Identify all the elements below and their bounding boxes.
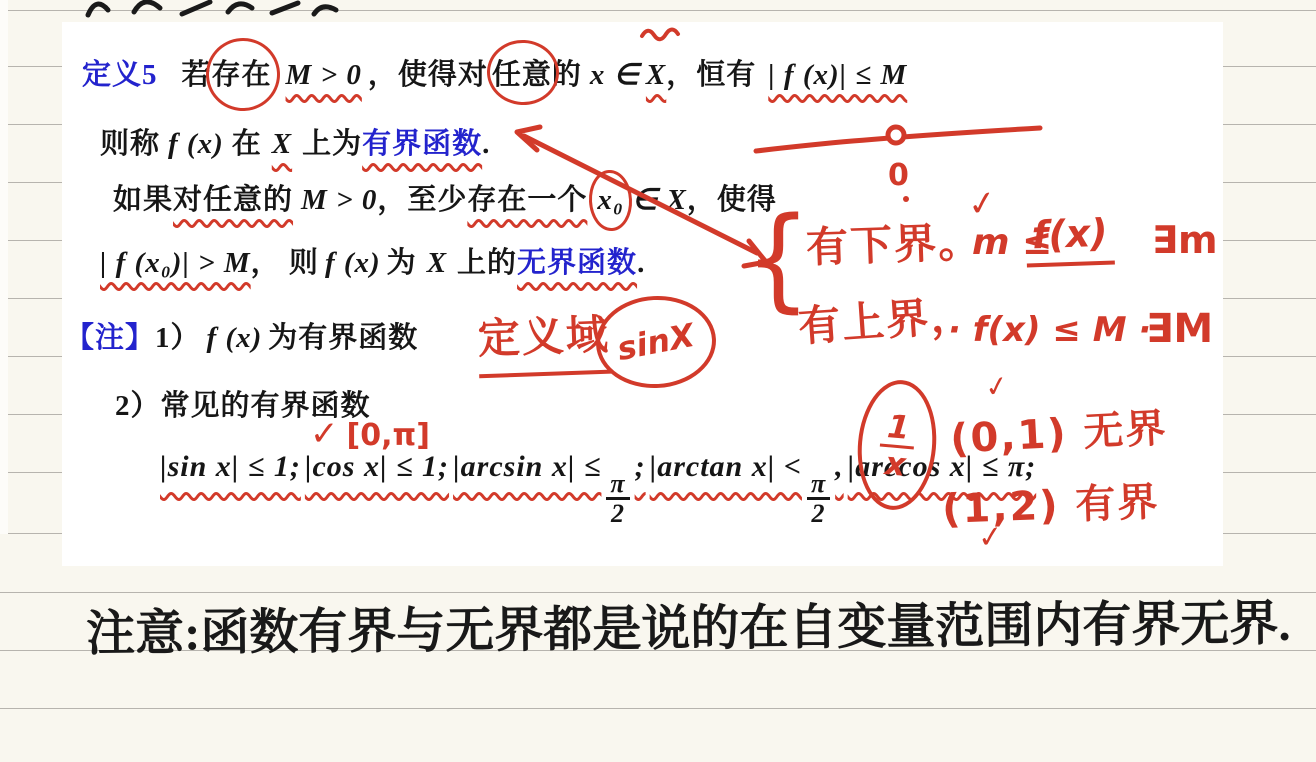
math-X: X xyxy=(646,59,666,91)
math-X: X xyxy=(427,247,447,279)
math-fx: f (x) xyxy=(168,128,224,160)
fraction-numerator: 1 xyxy=(880,409,917,449)
text-shidedui: ，使得对 xyxy=(368,59,488,91)
ruled-line xyxy=(0,708,1316,709)
sinx-text: sinX xyxy=(614,316,697,368)
text-ruo: 若 xyxy=(182,59,212,91)
text-renyi: 任意 xyxy=(492,59,552,91)
zero-label: 0 xyxy=(888,158,909,193)
text-zai: 在 xyxy=(232,128,262,160)
text-de: 的 xyxy=(552,59,582,91)
term-bounded-function: 有界函数 xyxy=(362,128,482,160)
math-fx: f (x) xyxy=(325,247,381,279)
text-cunzai: 存在 xyxy=(212,59,272,91)
math-M-gt-0: M > 0 xyxy=(301,184,377,216)
checkmark-icon: ✓ xyxy=(965,182,999,226)
math-abs-fx0-gt-M: | f (x₀)| > M xyxy=(100,247,251,279)
checkmark-icon: ✓ xyxy=(310,414,339,454)
text-ze: ， 则 xyxy=(251,247,319,279)
one-over-x-fraction: 1 x xyxy=(877,409,917,481)
fraction-numerator: π xyxy=(606,470,629,500)
notes-page: 定义5若存在M > 0，使得对任意的x ∈X，恒有| f (x)| ≤ M 则称… xyxy=(0,0,1316,762)
definition-line-1: 定义5若存在M > 0，使得对任意的x ∈X，恒有| f (x)| ≤ M xyxy=(82,52,907,93)
exists-m: ∃m xyxy=(1152,218,1218,262)
definition-line-2: 则称f (x)在X上为有界函数. xyxy=(100,121,490,162)
lower-bound-fx: f(x) xyxy=(1025,210,1115,267)
text-zecheng: 则称 xyxy=(100,128,160,160)
formula-arcsin-text: |arcsin x| ≤ xyxy=(453,450,601,483)
checkmark-icon: ✓ xyxy=(976,519,1005,556)
red-squiggle-annotation xyxy=(638,24,686,42)
unbounded-note: (0,1) 无界 xyxy=(949,396,1169,464)
definition-label: 定义5 xyxy=(82,59,158,91)
formula-arctan-text: |arctan x| < xyxy=(650,450,802,483)
formula-cos: |cos x| ≤ 1; xyxy=(305,450,449,483)
fraction-pi-over-2: π2 xyxy=(606,470,629,528)
red-double-arrow xyxy=(505,118,785,278)
exists-M: ∃M xyxy=(1146,306,1213,352)
interval-annotation: ✓[0,π] xyxy=(310,414,430,454)
number-line-sketch xyxy=(748,118,1048,162)
text-hengyou: ，恒有 xyxy=(666,59,756,91)
fraction-pi-over-2: π2 xyxy=(807,470,830,528)
text-duirenyide: 对任意的 xyxy=(173,184,293,216)
fraction-denominator: x xyxy=(884,447,907,481)
fraction-denominator: 2 xyxy=(611,500,625,527)
formula-arcsin: |arcsin x| ≤π2; xyxy=(453,450,646,483)
note1-text: 为有界函数 xyxy=(268,322,418,354)
domain-note: 定义域 xyxy=(477,302,611,379)
lower-bound-label: 有下界。 xyxy=(805,209,983,275)
clipped-handwriting-strokes xyxy=(82,0,342,16)
formula-comma: , xyxy=(835,450,844,483)
note-label: 【注】 xyxy=(65,322,155,354)
formula-sin: |sin x| ≤ 1; xyxy=(160,450,301,483)
formula-semicolon: ; xyxy=(635,450,646,483)
page-edge-strip xyxy=(0,0,8,534)
zero-dot xyxy=(903,196,909,202)
math-abs-fx-le-M: | f (x)| ≤ M xyxy=(768,59,907,91)
bottom-handwritten-note: 注意:函数有界与无界都是说的在自变量范围内有界无界. xyxy=(86,585,1291,666)
formula-arctan: |arctan x| <π2, xyxy=(650,450,844,483)
fraction-denominator: 2 xyxy=(812,500,826,527)
math-fx: f (x) xyxy=(207,322,263,354)
math-x-in: x ∈ xyxy=(590,59,640,91)
text-period: . xyxy=(482,128,490,160)
interval-text: [0,π] xyxy=(347,418,430,453)
circled-renyi: 任意 xyxy=(492,52,552,93)
text-wei: 为 xyxy=(387,247,417,279)
upper-bound-relation: · f(x) ≤ M · xyxy=(948,310,1151,350)
fraction-numerator: π xyxy=(807,470,830,500)
text-ruguo: 如果 xyxy=(113,184,173,216)
math-M-gt-0: M > 0 xyxy=(286,59,362,91)
text-shangwei: 上为 xyxy=(302,128,362,160)
text-zhishao: ，至少 xyxy=(377,184,467,216)
circled-cunzai: 存在 xyxy=(212,52,272,93)
note1-number: 1） xyxy=(155,322,201,354)
note-line-1: 【注】1）f (x)为有界函数 xyxy=(65,315,418,356)
bounded-note: (1,2) 有界 xyxy=(941,470,1160,535)
math-X: X xyxy=(272,128,292,160)
